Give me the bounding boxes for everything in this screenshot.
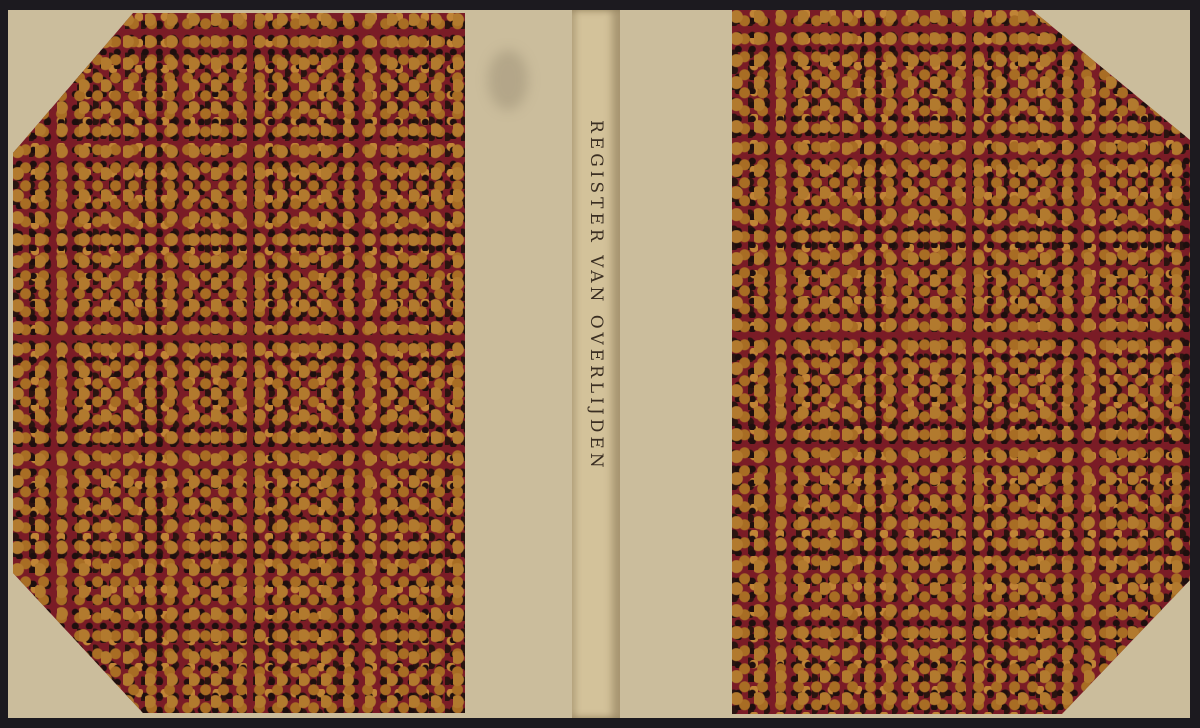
water-stain	[488, 50, 528, 110]
back-board-marbled-paper	[732, 10, 1190, 714]
front-board-marbled-paper	[13, 13, 465, 713]
spine-title: REGISTER VAN OVERLIJDEN	[586, 120, 606, 472]
spine: REGISTER VAN OVERLIJDEN	[572, 10, 620, 718]
book-cover: REGISTER VAN OVERLIJDEN	[8, 10, 1190, 718]
